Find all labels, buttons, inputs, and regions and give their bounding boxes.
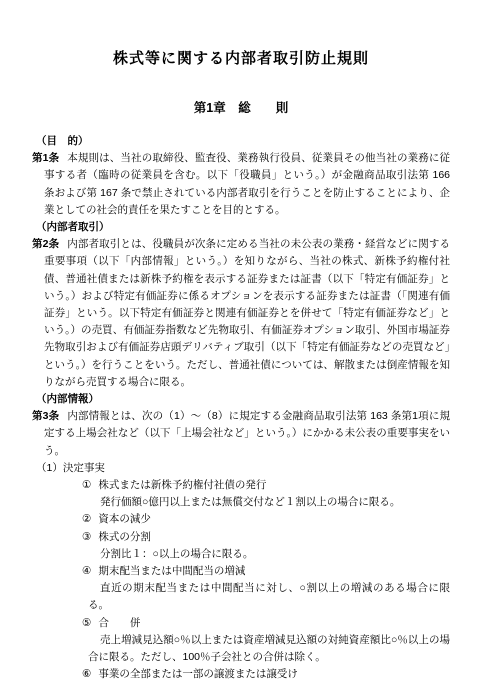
list-item-1-title: 株式または新株予約権付社債の発行 bbox=[98, 479, 266, 491]
article-1-label: 第1条 bbox=[32, 152, 59, 164]
decision-facts-list: （1）決定事実 ①株式または新株予約権付社債の発行 発行価額○億円以上または無償… bbox=[32, 460, 450, 684]
list-item-2-number: ② bbox=[82, 513, 91, 525]
article-2: 第2条内部者取引とは、役職員が次条に定める当社の未公表の業務・経営などに関する重… bbox=[44, 236, 450, 391]
article-1-text: 本規則は、当社の取締役、監査役、業務執行役員、従業員その他当社の業務に従事する者… bbox=[44, 152, 450, 216]
list-item-1-note: 発行価額○億円以上または無償交付など１割以上の場合に限る。 bbox=[88, 494, 450, 511]
list-item-5-number: ⑤ bbox=[82, 617, 91, 629]
section-insider-trading: （内部者取引） 第2条内部者取引とは、役職員が次条に定める当社の未公表の業務・経… bbox=[32, 219, 450, 391]
list-item-3-title: 株式の分割 bbox=[98, 531, 151, 543]
decision-facts-label: （1）決定事実 bbox=[32, 460, 450, 477]
article-2-label: 第2条 bbox=[32, 238, 59, 250]
article-3-label: 第3条 bbox=[32, 410, 59, 422]
article-3-text: 内部情報とは、次の（1）～（8）に規定する金融商品取引法第 163 条第1項に規… bbox=[44, 410, 450, 456]
document-body: （目 的） 第1条本規則は、当社の取締役、監査役、業務執行役員、従業員その他当社… bbox=[32, 133, 450, 684]
section-inside-information-heading: （内部情報） bbox=[32, 391, 450, 408]
article-3: 第3条内部情報とは、次の（1）～（8）に規定する金融商品取引法第 163 条第1… bbox=[44, 408, 450, 460]
document-title: 株式等に関する内部者取引防止規則 bbox=[32, 48, 450, 70]
list-item-1-number: ① bbox=[82, 479, 91, 491]
document-page: 株式等に関する内部者取引防止規則 第1章 総 則 （目 的） 第1条本規則は、当… bbox=[0, 0, 483, 691]
list-item-3-note: 分割比１：○以上の場合に限る。 bbox=[88, 546, 450, 563]
list-item-5-title: 合 併 bbox=[98, 617, 140, 629]
article-1: 第1条本規則は、当社の取締役、監査役、業務執行役員、従業員その他当社の業務に従事… bbox=[44, 150, 450, 219]
list-item-5: ⑤合 併 bbox=[100, 615, 450, 632]
chapter-heading: 第1章 総 則 bbox=[32, 100, 450, 116]
section-insider-trading-heading: （内部者取引） bbox=[32, 219, 450, 236]
list-item-5-note: 売上増減見込額○％以上または資産増減見込額の対純資産額比○％以上の場合に限る。た… bbox=[88, 632, 450, 666]
article-2-text: 内部者取引とは、役職員が次条に定める当社の未公表の業務・経営などに関する重要事項… bbox=[44, 238, 450, 388]
list-item-3-number: ③ bbox=[82, 531, 91, 543]
list-item-3: ③株式の分割 bbox=[100, 529, 450, 546]
list-item-4-note: 直近の期末配当または中間配当に対し、○割以上の増減のある場合に限る。 bbox=[88, 580, 450, 614]
list-item-4: ④期末配当または中間配当の増減 bbox=[100, 563, 450, 580]
list-item-6-number: ⑥ bbox=[82, 668, 91, 680]
list-item-2-title: 資本の減少 bbox=[98, 513, 151, 525]
section-purpose-heading: （目 的） bbox=[32, 133, 450, 150]
list-item-6-title: 事業の全部または一部の譲渡または譲受け bbox=[98, 668, 298, 680]
list-item-4-number: ④ bbox=[82, 565, 91, 577]
section-inside-information: （内部情報） 第3条内部情報とは、次の（1）～（8）に規定する金融商品取引法第 … bbox=[32, 391, 450, 460]
list-item-2: ②資本の減少 bbox=[100, 511, 450, 528]
list-item-4-title: 期末配当または中間配当の増減 bbox=[98, 565, 245, 577]
section-purpose: （目 的） 第1条本規則は、当社の取締役、監査役、業務執行役員、従業員その他当社… bbox=[32, 133, 450, 219]
list-item-6: ⑥事業の全部または一部の譲渡または譲受け bbox=[100, 666, 450, 683]
list-item-1: ①株式または新株予約権付社債の発行 bbox=[100, 477, 450, 494]
